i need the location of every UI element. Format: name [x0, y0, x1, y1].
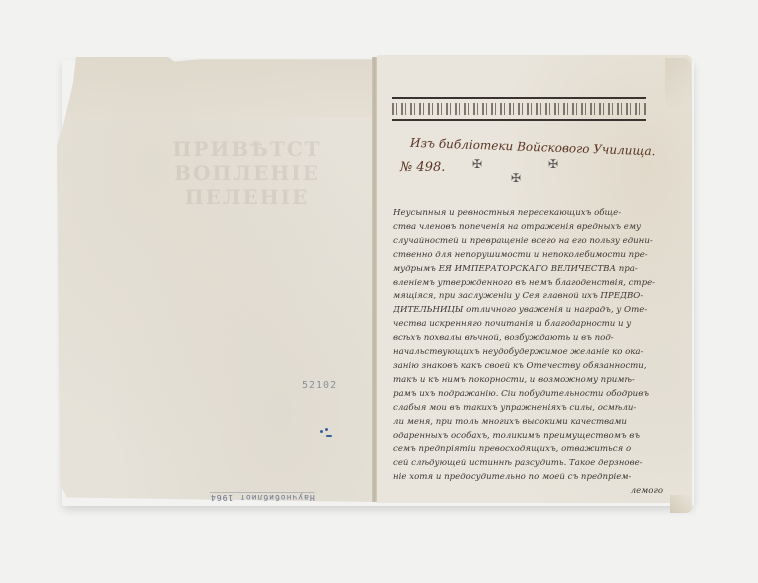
text-line: чества искренняго почитанія и благодарно…	[393, 318, 663, 332]
text-line: одаренныхъ особахъ, толикимъ преимуществ…	[393, 430, 663, 444]
text-line: начальствующихъ неудобудержимое желаніе …	[393, 346, 663, 360]
text-line: мящіяся, при заслуженіи у Сея главной их…	[393, 290, 663, 304]
text-line: ства членовъ попеченія на отраженія вред…	[393, 221, 663, 235]
water-stain	[57, 57, 374, 117]
text-line: Неусыпныя и ревностныя пересекающихъ общ…	[393, 207, 663, 221]
eagle-stamp-icon: ✠	[546, 157, 560, 171]
text-line: вленіемъ утвержденного въ немъ благоденс…	[393, 277, 663, 291]
text-line: случайностей и превращеніе всего на его …	[393, 235, 663, 249]
ghost-title-line: ВОПЛЕНІЕ	[147, 161, 347, 185]
text-line: ственно для непорушимости и непоколебимо…	[393, 249, 663, 263]
text-line: ДИТЕЛЬНИЦЫ отличного уваженія и наградъ,…	[393, 304, 663, 318]
ornament-band	[392, 103, 646, 115]
handwritten-number: № 498.	[400, 160, 445, 175]
ornament-rule	[392, 97, 646, 99]
inventory-stamp: 52102	[302, 380, 337, 391]
ink-marks	[318, 426, 332, 440]
eagle-stamp-icon: ✠	[470, 157, 484, 171]
text-line: семъ предпріятіи превосходящихъ, отважит…	[393, 443, 663, 457]
body-text: Неусыпныя и ревностныя пересекающихъ общ…	[393, 207, 663, 499]
text-line: ніе хотя и предосудительно по моей съ пр…	[393, 471, 663, 485]
folded-corner-bottom	[670, 495, 692, 513]
eagle-stamp-icon: ✠	[509, 171, 523, 185]
book-spread: ПРИВѢТСТ ВОПЛЕНІЕ ПЕЛЕНІЕ 52102 Научноби…	[0, 0, 758, 583]
ornamental-headpiece	[392, 97, 646, 121]
text-line: рамъ ихъ подражанію. Сіи побудительности…	[393, 388, 663, 402]
text-line: сей слѣдующей истиннѣ разсудить. Такое д…	[393, 457, 663, 471]
folded-corner-top	[665, 58, 691, 108]
text-line: слабыя мои въ такихъ упражненіяхъ силы, …	[393, 402, 663, 416]
ornament-rule	[392, 119, 646, 121]
text-line: занію знаковъ какъ своей къ Отечеству об…	[393, 360, 663, 374]
catchword: лемого	[393, 485, 663, 499]
ghost-title-line: ПЕЛЕНІЕ	[147, 185, 347, 209]
text-line: ли меня, при толь многихъ высокими качес…	[393, 416, 663, 430]
text-line: такъ и къ нимъ покорности, и возможному …	[393, 374, 663, 388]
bleed-through-title: ПРИВѢТСТ ВОПЛЕНІЕ ПЕЛЕНІЕ	[147, 137, 347, 209]
ghost-title-line: ПРИВѢТСТ	[147, 137, 347, 161]
text-line: мудрымъ ЕЯ ИМПЕРАТОРСКАГО ВЕЛИЧЕСТВА пра…	[393, 263, 663, 277]
text-line: всѣхъ похвалы вѣчной, возбуждають и въ п…	[393, 332, 663, 346]
shelf-stamp: Научнобиблиот 1964	[210, 492, 315, 502]
